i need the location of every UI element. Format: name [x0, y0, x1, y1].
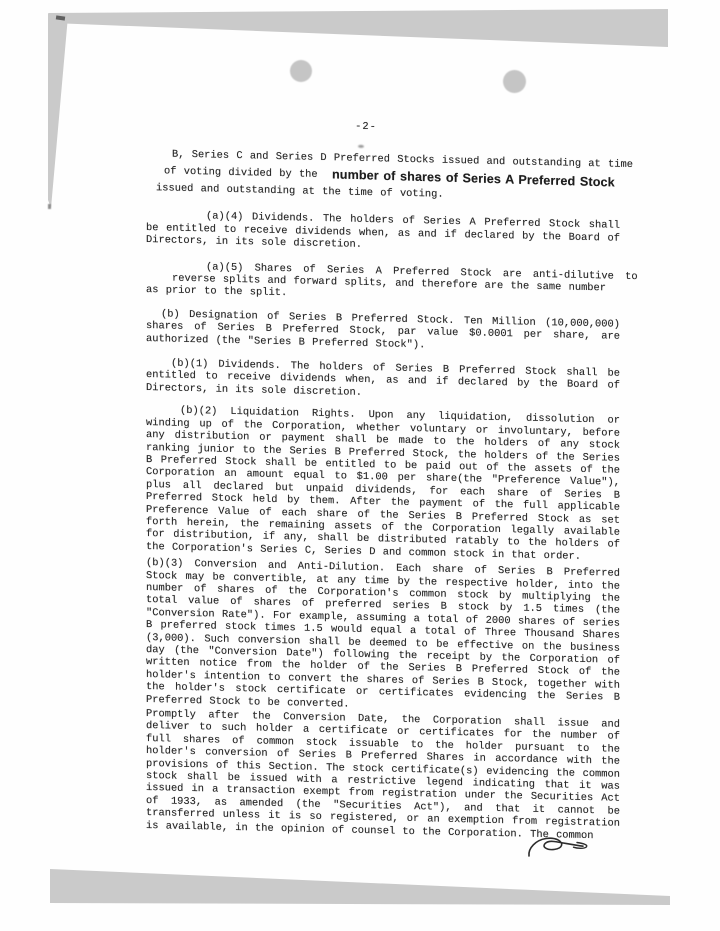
section-b2-liquidation-rights: (b)(2) Liquidation Rights. Upon any liqu…	[146, 404, 620, 564]
document-text: -2- B, Series C and Series D Preferred S…	[146, 116, 620, 843]
paragraph-closing: Promptly after the Conversion Date, the …	[146, 708, 620, 843]
section-a4-dividends: (a)(4) Dividends. The holders of Series …	[146, 209, 620, 257]
edge-shadow-tip	[48, 204, 51, 209]
paragraph-continuation: B, Series C and Series D Preferred Stock…	[146, 146, 620, 208]
section-a5-shares: (a)(5) Shares of Series A Preferred Stoc…	[146, 260, 620, 308]
continuation-line-2-text: of voting divided by the	[164, 166, 318, 181]
handwritten-initial-icon	[523, 834, 605, 864]
section-b1-dividends: (b)(1) Dividends. The holders of Series …	[146, 357, 620, 405]
corner-copy-mark	[56, 15, 65, 20]
hole-punch-right	[503, 70, 526, 93]
section-b3-conversion: (b)(3) Conversion and Anti-Dilution. Eac…	[146, 557, 620, 717]
scanned-page: -2- B, Series C and Series D Preferred S…	[0, 0, 720, 931]
stray-toner-mark	[358, 145, 364, 148]
hole-punch-left	[290, 60, 312, 82]
section-b-designation: (b) Designation of Series B Preferred St…	[146, 308, 620, 356]
page-number: -2-	[129, 116, 603, 139]
